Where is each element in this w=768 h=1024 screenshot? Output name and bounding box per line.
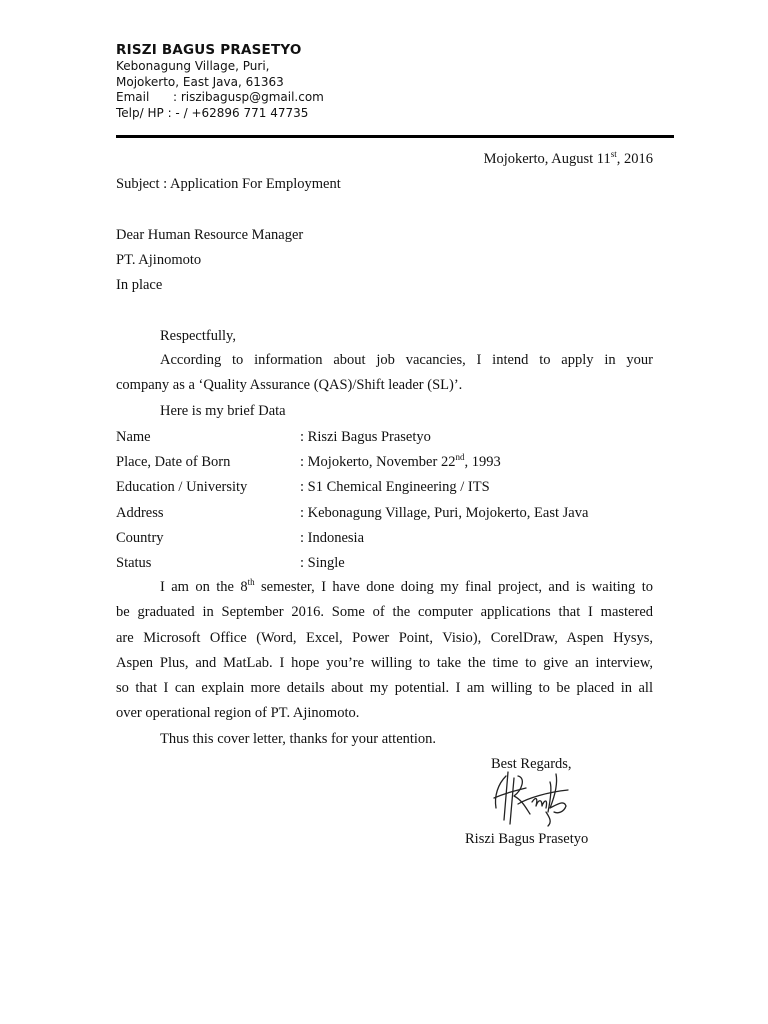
sender-name: RISZI BAGUS PRASETYO: [116, 42, 324, 59]
intro-line-2: company as a ‘Quality Assurance (QAS)/Sh…: [116, 373, 653, 398]
data-value: : Mojokerto, November 22nd, 1993: [300, 450, 501, 475]
sender-address-line-1: Kebonagung Village, Puri,: [116, 59, 324, 75]
data-label: Status: [116, 551, 151, 576]
phone-value: : - / +62896 771 47735: [168, 106, 309, 120]
para2-line-3: are Microsoft Office (Word, Excel, Power…: [116, 626, 653, 651]
letter-page: RISZI BAGUS PRASETYO Kebonagung Village,…: [0, 0, 768, 1024]
recipient-line-1: Dear Human Resource Manager: [116, 227, 303, 244]
sender-phone: Telp/ HP : - / +62896 771 47735: [116, 106, 324, 122]
closing-line: Thus this cover letter, thanks for your …: [160, 731, 436, 748]
para2-text-post: semester, I have done doing my final pro…: [255, 579, 653, 595]
data-value: : S1 Chemical Engineering / ITS: [300, 475, 490, 500]
letterhead: RISZI BAGUS PRASETYO Kebonagung Village,…: [116, 42, 324, 121]
para2-line-5: so that I can explain more details about…: [116, 676, 653, 701]
intro-paragraph: According to information about job vacan…: [116, 348, 653, 399]
data-label: Name: [116, 425, 151, 450]
letter-date: Mojokerto, August 11st, 2016: [484, 151, 653, 168]
data-value: : Riszi Bagus Prasetyo: [300, 425, 431, 450]
signature-icon: [488, 768, 574, 830]
data-value: : Indonesia: [300, 526, 364, 551]
date-text: Mojokerto, August 11: [484, 151, 611, 167]
sender-email: Email: riszibagusp@gmail.com: [116, 90, 324, 106]
recipient-line-3: In place: [116, 277, 162, 294]
subject-line: Subject : Application For Employment: [116, 176, 341, 193]
intro-line-1: According to information about job vacan…: [116, 348, 653, 373]
para2-line-4: Aspen Plus, and MatLab. I hope you’re wi…: [116, 651, 653, 676]
para2-line-1: I am on the 8th semester, I have done do…: [116, 575, 653, 600]
birth-year: , 1993: [464, 454, 500, 470]
para2-text-pre: I am on the 8: [160, 579, 248, 595]
salutation: Respectfully,: [160, 328, 236, 345]
data-label: Address: [116, 501, 164, 526]
signer-name: Riszi Bagus Prasetyo: [465, 831, 588, 848]
data-value: : Single: [300, 551, 345, 576]
para2-line-6: over operational region of PT. Ajinomoto…: [116, 701, 653, 726]
data-value: : Kebonagung Village, Puri, Mojokerto, E…: [300, 501, 588, 526]
para2-line-2: be graduated in September 2016. Some of …: [116, 600, 653, 625]
recipient-line-2: PT. Ajinomoto: [116, 252, 201, 269]
phone-label: Telp/ HP: [116, 106, 164, 120]
email-label: Email: [116, 90, 173, 106]
birth-text: : Mojokerto, November 22: [300, 454, 455, 470]
email-value: : riszibagusp@gmail.com: [173, 90, 324, 104]
para2-suffix: th: [248, 577, 255, 587]
sender-address-line-2: Mojokerto, East Java, 61363: [116, 75, 324, 91]
data-label: Place, Date of Born: [116, 450, 230, 475]
data-label: Country: [116, 526, 164, 551]
letterhead-divider: [116, 135, 674, 138]
date-year: , 2016: [617, 151, 653, 167]
brief-data-intro: Here is my brief Data: [160, 403, 286, 420]
experience-paragraph: I am on the 8th semester, I have done do…: [116, 575, 653, 727]
data-label: Education / University: [116, 475, 247, 500]
